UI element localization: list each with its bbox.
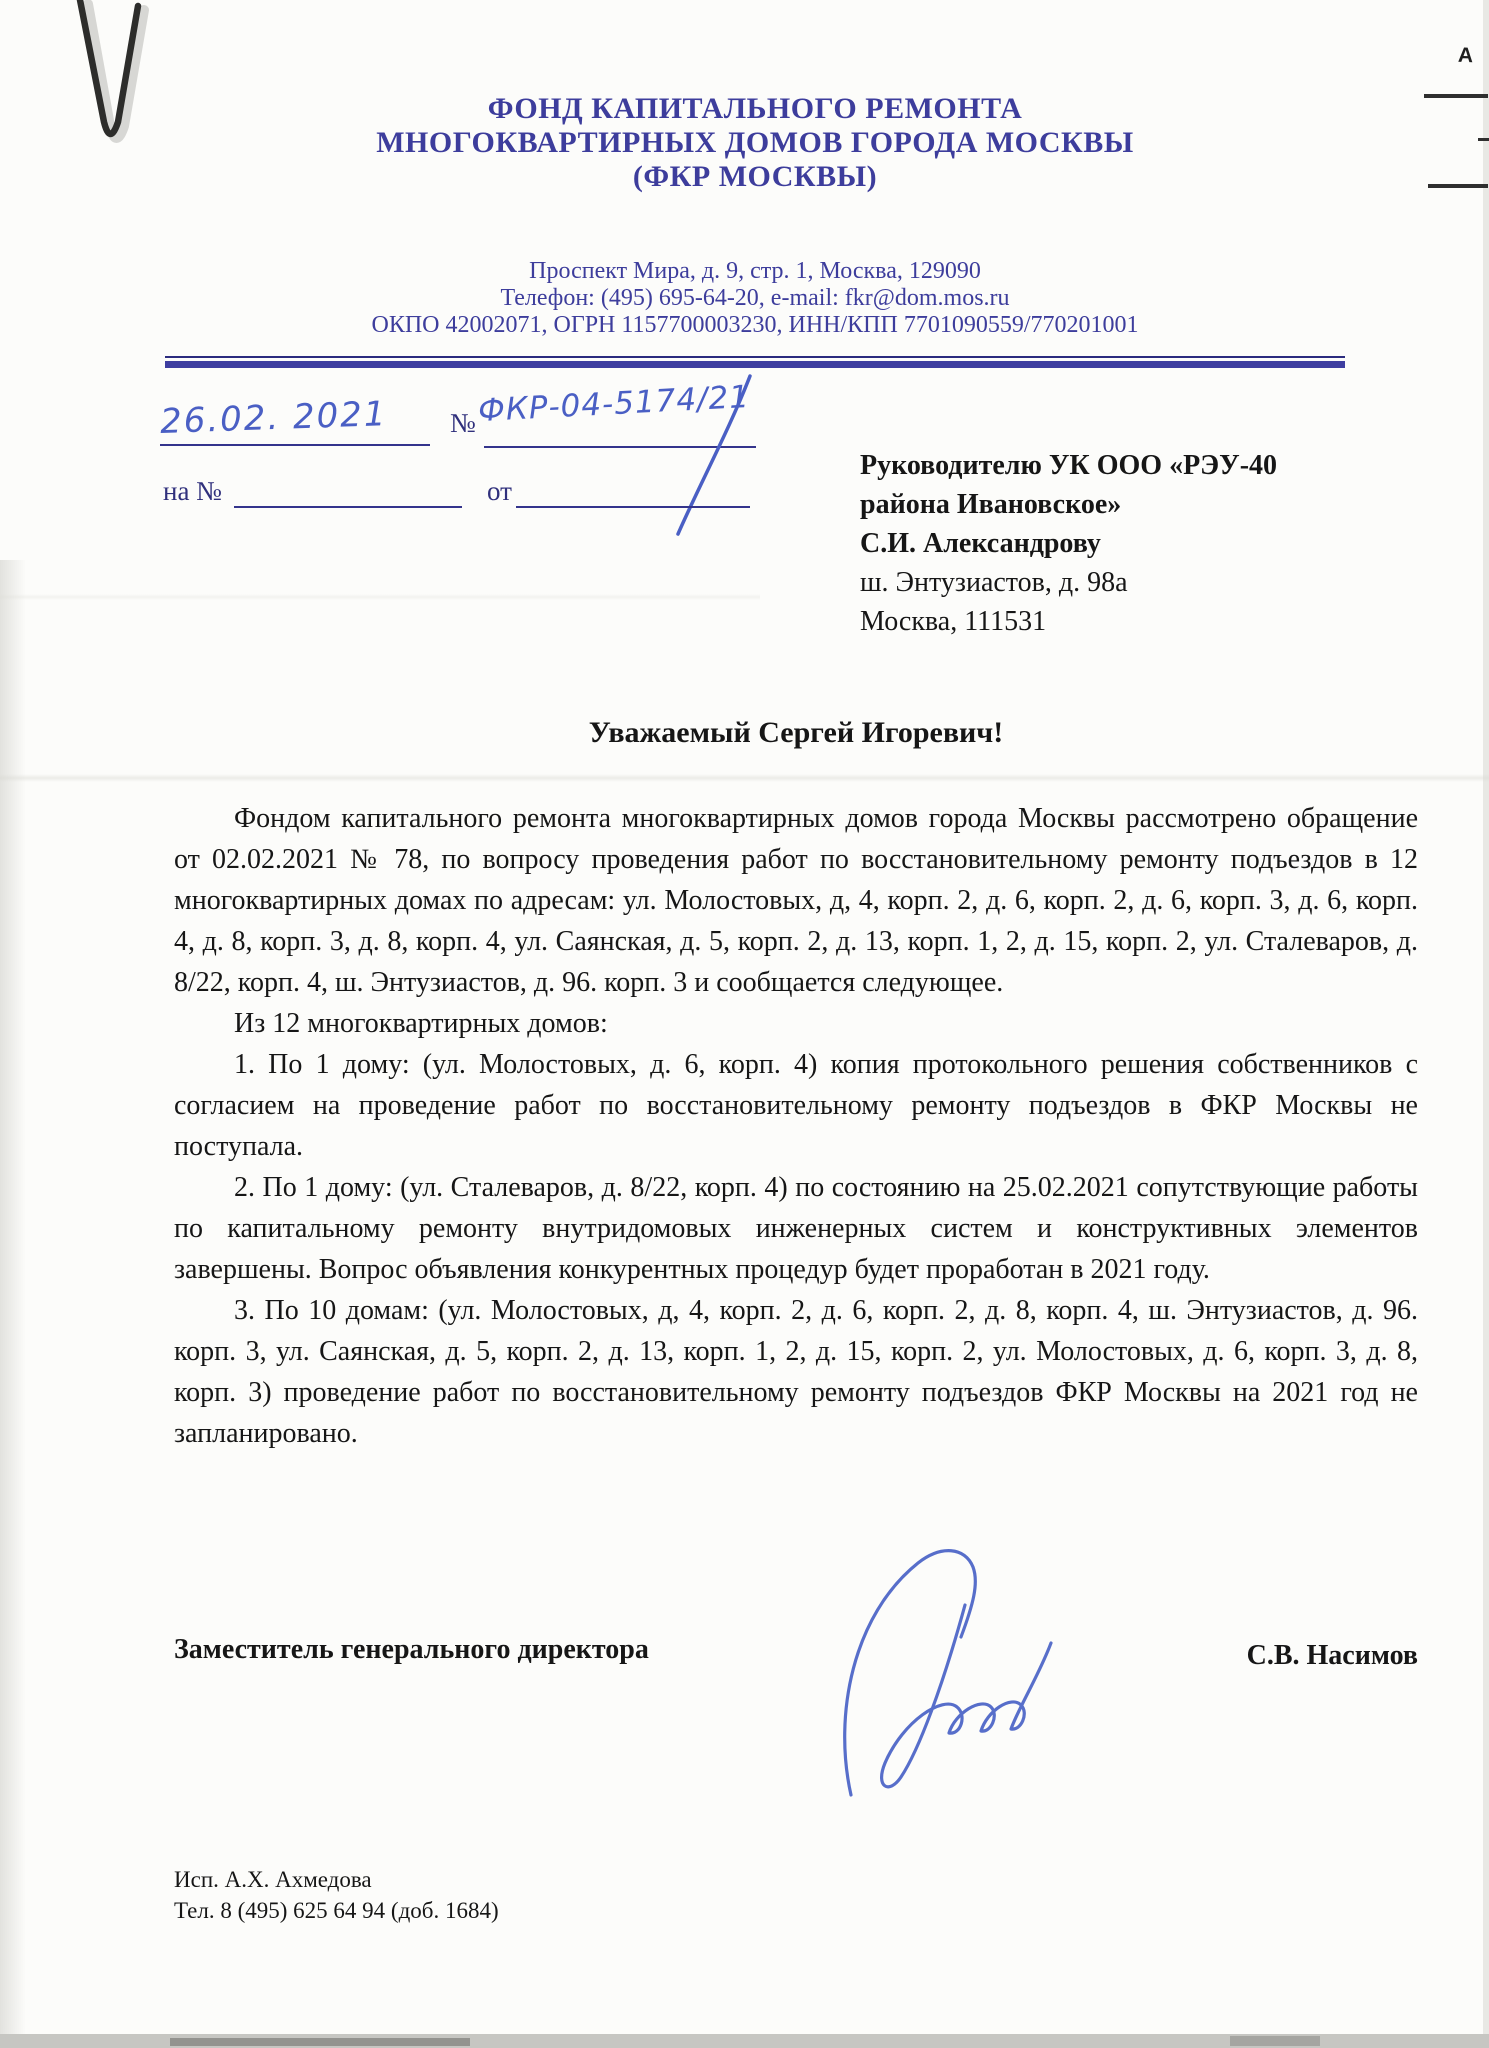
letterhead-address: Проспект Мира, д. 9, стр. 1, Москва, 129… <box>270 258 1240 285</box>
org-name-line3: (ФКР МОСКВЫ) <box>270 160 1240 194</box>
number-sign-label: № <box>450 408 476 439</box>
scan-edge-smudge <box>170 2038 470 2046</box>
letter-body: Фондом капитального ремонта многоквартир… <box>174 798 1418 1454</box>
paragraph-item-2: 2. По 1 дому: (ул. Сталеваров, д. 8/22, … <box>174 1167 1418 1290</box>
date-underline <box>160 400 430 446</box>
paragraph-lead: Из 12 многоквартирных домов: <box>174 1003 1418 1044</box>
recipient-org-line1: Руководителю УК ООО «РЭУ-40 <box>860 446 1420 485</box>
scan-edge-shadow-left <box>0 560 26 2048</box>
letterhead-divider-thin <box>165 356 1345 358</box>
letterhead-phone-email: Телефон: (495) 695-64-20, e-mail: fkr@do… <box>270 285 1240 312</box>
letterhead-divider-thick <box>165 361 1345 368</box>
signer-position: Заместитель генерального директора <box>174 1634 649 1666</box>
reply-from-label: от <box>487 476 512 507</box>
recipient-person: С.И. Александрову <box>860 524 1420 563</box>
executor-name: Исп. А.Х. Ахмедова <box>174 1864 499 1895</box>
salutation: Уважаемый Сергей Игоревич! <box>174 716 1418 750</box>
org-name-line1: ФОНД КАПИТАЛЬНОГО РЕМОНТА <box>270 92 1240 126</box>
recipient-city: Москва, 111531 <box>860 602 1420 641</box>
recipient-block: Руководителю УК ООО «РЭУ-40 района Ивано… <box>860 446 1420 641</box>
letterhead-contacts: Проспект Мира, д. 9, стр. 1, Москва, 129… <box>270 258 1240 339</box>
letterhead-org-name: ФОНД КАПИТАЛЬНОГО РЕМОНТА МНОГОКВАРТИРНЫ… <box>270 92 1240 194</box>
paragraph-item-1: 1. По 1 дому: (ул. Молостовых, д. 6, кор… <box>174 1044 1418 1167</box>
reply-date-blank-line <box>516 462 750 508</box>
scan-edge-dash <box>1424 94 1488 98</box>
recipient-org-line2: района Ивановское» <box>860 485 1420 524</box>
scan-crease-line <box>0 774 1489 782</box>
reply-number-blank-line <box>234 462 462 508</box>
recipient-street: ш. Энтузиастов, д. 98а <box>860 563 1420 602</box>
paragraph-item-3: 3. По 10 домам: (ул. Молостовых, д, 4, к… <box>174 1290 1418 1454</box>
paperclip <box>64 0 160 168</box>
org-name-line2: МНОГОКВАРТИРНЫХ ДОМОВ ГОРОДА МОСКВЫ <box>270 126 1240 160</box>
scan-edge-smudge <box>1230 2036 1320 2046</box>
letterhead-reg-codes: ОКПО 42002071, ОГРН 1157700003230, ИНН/К… <box>270 312 1240 339</box>
paragraph-intro: Фондом капитального ремонта многоквартир… <box>174 798 1418 1003</box>
executor-phone: Тел. 8 (495) 625 64 94 (доб. 1684) <box>174 1895 499 1926</box>
reply-to-number-label: на № <box>163 476 222 507</box>
scan-crease-line <box>0 594 760 600</box>
executor-block: Исп. А.Х. Ахмедова Тел. 8 (495) 625 64 9… <box>174 1864 499 1926</box>
scan-edge-letter-mark: А <box>1458 44 1474 69</box>
signature-scribble <box>818 1545 1068 1805</box>
scan-edge-shadow-right <box>1483 0 1489 2048</box>
signer-name: С.В. Насимов <box>1018 1640 1418 1672</box>
scanned-letter-page: А ФОНД КАПИТАЛЬНОГО РЕМОНТА МНОГОКВАРТИР… <box>0 0 1489 2048</box>
scan-edge-dash <box>1428 184 1488 188</box>
handwritten-slash-stroke <box>660 368 760 546</box>
scan-edge-dash <box>1478 138 1489 141</box>
